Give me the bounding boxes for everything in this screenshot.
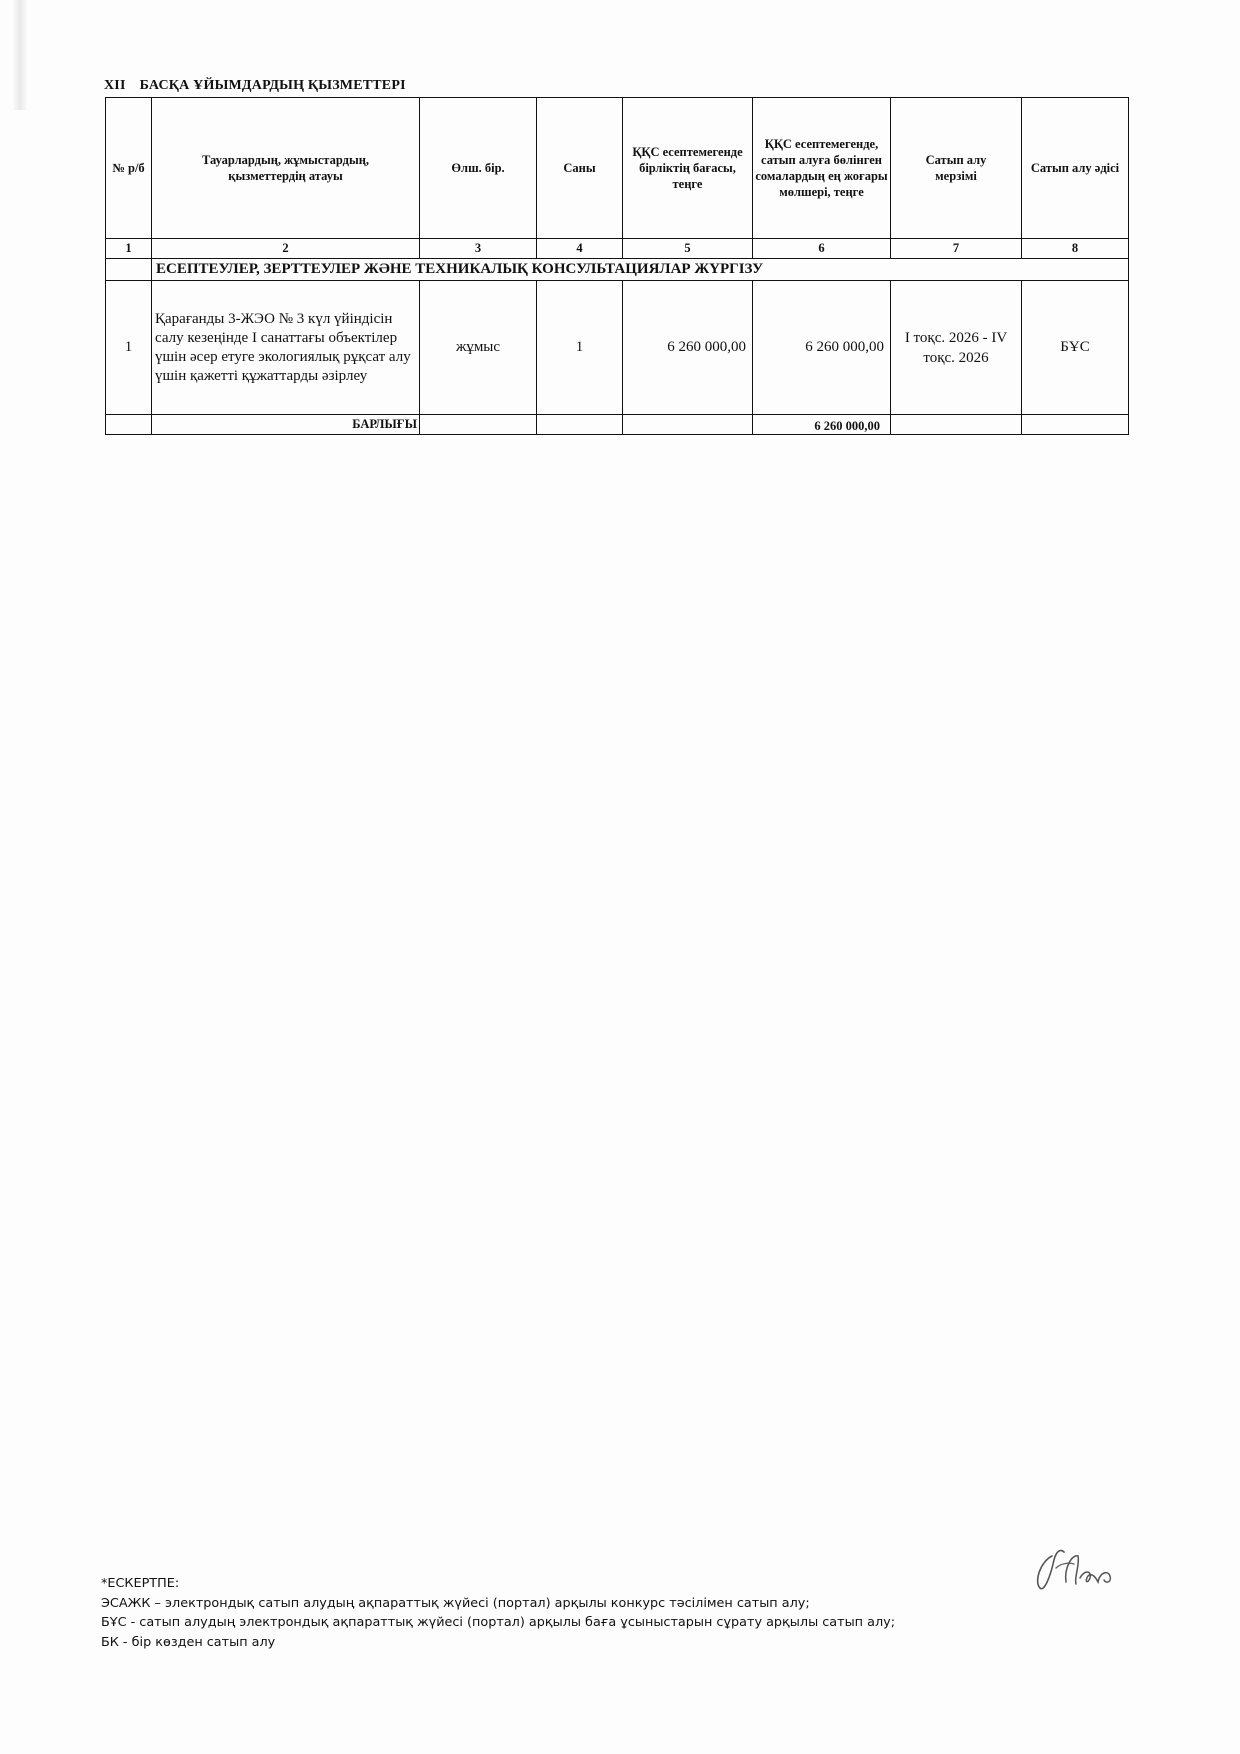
row-period: I тоқс. 2026 - IV тоқс. 2026	[891, 281, 1022, 415]
total-empty-cell	[420, 415, 537, 435]
total-amount: 6 260 000,00	[753, 415, 891, 435]
header-quantity: Саны	[537, 98, 623, 239]
row-unit-price: 6 260 000,00	[623, 281, 753, 415]
row-unit: жұмыс	[420, 281, 537, 415]
header-unit-price: ҚҚС есептемегенде бірліктің бағасы, теңг…	[623, 98, 753, 239]
table-row: 1 Қарағанды 3-ЖЭО № 3 күл үйіндісін салу…	[106, 281, 1129, 415]
column-number: 4	[537, 239, 623, 259]
header-name: Тауарлардың, жұмыстардың, қызметтердің а…	[152, 98, 420, 239]
column-number: 2	[152, 239, 420, 259]
row-number: 1	[106, 281, 152, 415]
section-number: XII	[104, 78, 126, 93]
section-title: БАСҚА ҰЙЫМДАРДЫҢ ҚЫЗМЕТТЕРІ	[140, 78, 406, 93]
total-label: БАРЛЫҒЫ	[152, 415, 420, 435]
header-max-amount: ҚҚС есептемегенде, сатып алуға бөлінген …	[753, 98, 891, 239]
notes-title: *ЕСКЕРТПЕ:	[101, 1574, 895, 1594]
row-method: БҰС	[1022, 281, 1129, 415]
row-quantity: 1	[537, 281, 623, 415]
header-number: № р/б	[106, 98, 152, 239]
total-empty-cell	[537, 415, 623, 435]
total-row: БАРЛЫҒЫ 6 260 000,00	[106, 415, 1129, 435]
row-item-name: Қарағанды 3-ЖЭО № 3 күл үйіндісін салу к…	[152, 281, 420, 415]
table-header-row: № р/б Тауарлардың, жұмыстардың, қызметте…	[106, 98, 1129, 239]
total-empty-cell	[623, 415, 753, 435]
row-max-amount: 6 260 000,00	[753, 281, 891, 415]
note-item: БК - бір көзден сатып алу	[101, 1633, 895, 1653]
signature-mark	[1030, 1538, 1140, 1598]
column-number: 8	[1022, 239, 1129, 259]
column-number: 1	[106, 239, 152, 259]
category-label: ЕСЕПТЕУЛЕР, ЗЕРТТЕУЛЕР ЖӘНЕ ТЕХНИКАЛЫҚ К…	[152, 259, 1129, 281]
header-period: Сатып алу мерзімі	[891, 98, 1022, 239]
total-empty-cell	[891, 415, 1022, 435]
column-number-row: 1 2 3 4 5 6 7 8	[106, 239, 1129, 259]
category-empty-cell	[106, 259, 152, 281]
header-method: Сатып алу әдісі	[1022, 98, 1129, 239]
procurement-table: № р/б Тауарлардың, жұмыстардың, қызметте…	[105, 97, 1129, 435]
column-number: 3	[420, 239, 537, 259]
note-item: ЭСАЖК – электрондық сатып алудың ақпарат…	[101, 1594, 895, 1614]
column-number: 5	[623, 239, 753, 259]
scan-edge-shadow	[12, 0, 28, 110]
section-heading: XIIБАСҚА ҰЙЫМДАРДЫҢ ҚЫЗМЕТТЕРІ	[104, 78, 406, 94]
column-number: 7	[891, 239, 1022, 259]
column-number: 6	[753, 239, 891, 259]
header-unit: Өлш. бір.	[420, 98, 537, 239]
total-empty-cell	[106, 415, 152, 435]
total-empty-cell	[1022, 415, 1129, 435]
footnotes: *ЕСКЕРТПЕ: ЭСАЖК – электрондық сатып алу…	[101, 1574, 895, 1652]
category-row: ЕСЕПТЕУЛЕР, ЗЕРТТЕУЛЕР ЖӘНЕ ТЕХНИКАЛЫҚ К…	[106, 259, 1129, 281]
note-item: БҰС - сатып алудың электрондық ақпаратты…	[101, 1613, 895, 1633]
